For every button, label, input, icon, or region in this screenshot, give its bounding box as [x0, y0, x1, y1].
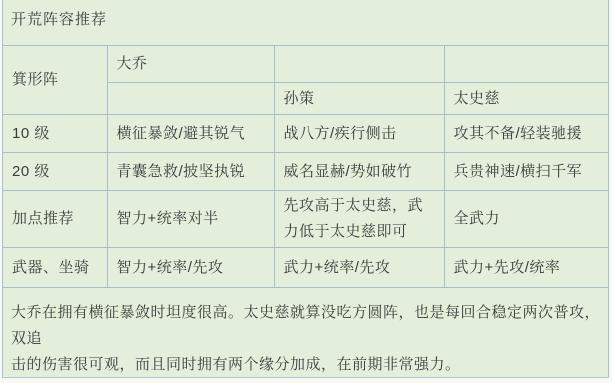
table-row-hero1: 箕形阵 大乔 — [3, 46, 608, 83]
daqiao-gear: 智力+统率/先攻 — [107, 248, 274, 288]
sunce-lv20-skills: 威名显赫/势如破竹 — [274, 153, 444, 191]
table-row-level20: 20 级 青囊急救/披坚执锐 威名显赫/势如破竹 兵贵神速/横扫千军 — [3, 153, 608, 191]
empty-cell — [274, 46, 444, 83]
row-label: 武器、坐骑 — [3, 248, 107, 288]
hero-taishici-header: 太史慈 — [444, 83, 608, 115]
taishici-lv20-skills: 兵贵神速/横扫千军 — [444, 153, 608, 191]
sunce-lv10-skills: 战八方/疾行侧击 — [274, 115, 444, 153]
taishici-lv10-skills: 攻其不备/轻装驰援 — [444, 115, 608, 153]
formation-cell: 箕形阵 — [3, 46, 107, 115]
summary-note-line: 大乔在拥有横征暴敛时坦度很高。太史慈就算没吃方圆阵，也是每回合稳定两次普攻，双追 — [11, 300, 600, 352]
empty-cell — [107, 83, 274, 115]
row-label: 加点推荐 — [3, 191, 107, 248]
table-row-gear: 武器、坐骑 智力+统率/先攻 武力+统率/先攻 武力+先攻/统率 — [3, 248, 608, 288]
page-title: 开荒阵容推荐 — [3, 0, 608, 45]
taishici-gear: 武力+先攻/统率 — [444, 248, 608, 288]
lineup-table: 箕形阵 大乔 孙策 太史慈 10 级 横征暴敛/避其锐气 战八方/疾行侧击 攻其… — [3, 45, 608, 288]
row-label: 20 级 — [3, 153, 107, 191]
daqiao-lv20-skills: 青囊急救/披坚执锐 — [107, 153, 274, 191]
hero-sunce-header: 孙策 — [274, 83, 444, 115]
sunce-gear: 武力+统率/先攻 — [274, 248, 444, 288]
row-label: 10 级 — [3, 115, 107, 153]
summary-note: 大乔在拥有横征暴敛时坦度很高。太史慈就算没吃方圆阵，也是每回合稳定两次普攻，双追… — [3, 288, 608, 378]
empty-cell — [444, 46, 608, 83]
daqiao-lv10-skills: 横征暴敛/避其锐气 — [107, 115, 274, 153]
table-row-level10: 10 级 横征暴敛/避其锐气 战八方/疾行侧击 攻其不备/轻装驰援 — [3, 115, 608, 153]
taishici-points: 全武力 — [444, 191, 608, 248]
sunce-points: 先攻高于太史慈，武力低于太史慈即可 — [274, 191, 444, 248]
table-row-stat-points: 加点推荐 智力+统率对半 先攻高于太史慈，武力低于太史慈即可 全武力 — [3, 191, 608, 248]
daqiao-points: 智力+统率对半 — [107, 191, 274, 248]
hero-daqiao-header: 大乔 — [107, 46, 274, 83]
summary-note-line: 击的伤害很可观，而且同时拥有两个缘分加成，在前期非常强力。 — [11, 352, 600, 378]
guide-panel: 开荒阵容推荐 箕形阵 大乔 孙策 太史慈 10 级 横征暴敛/避其锐气 — [2, 0, 609, 378]
